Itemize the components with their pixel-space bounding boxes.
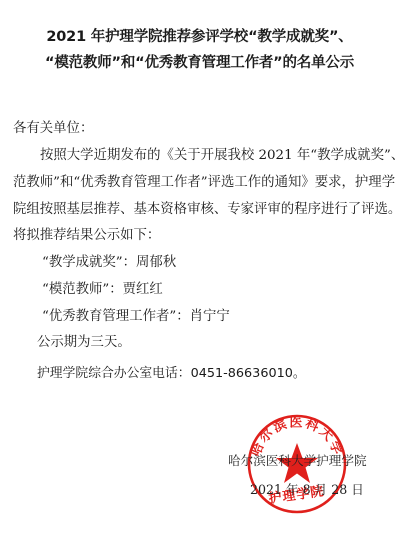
result-edu-manager: “优秀教育管理工作者”：肖宁宁: [42, 309, 230, 325]
result-award-label: “教学成就奖”：: [42, 255, 136, 270]
salutation: 各有关单位：: [13, 121, 93, 137]
result-award-label: “模范教师”：: [42, 282, 123, 297]
result-name: 贾红红: [123, 282, 163, 297]
title-line-2: “模范教师”和“优秀教育管理工作者”的名单公示: [0, 55, 399, 71]
signature-org: 哈尔滨医科大学护理学院: [228, 450, 367, 469]
body-line-4: 将拟推荐结果公示如下：: [13, 228, 160, 244]
contact-phone: 护理学院综合办公室电话：0451-86636010。: [37, 366, 306, 382]
result-name: 肖宁宁: [190, 309, 230, 324]
result-name: 周郁秋: [136, 255, 176, 270]
title-line-1: 2021 年护理学院推荐参评学校“教学成就奖”、: [0, 29, 399, 45]
publicity-period: 公示期为三天。: [37, 335, 131, 351]
result-model-teacher: “模范教师”：贾红红: [42, 282, 163, 298]
body-line-1: 按照大学近期发布的《关于开展我校 2021 年“教学成就奖”、“模: [40, 148, 399, 164]
result-award-label: “优秀教育管理工作者”：: [42, 309, 190, 324]
signature-date: 2021 年 8 月 28 日: [250, 479, 364, 498]
body-line-3: 院组按照基层推荐、基本资格审核、专家评审的程序进行了评选。现: [13, 202, 399, 218]
result-teaching-award: “教学成就奖”：周郁秋: [42, 255, 176, 271]
body-line-2: 范教师”和“优秀教育管理工作者”评选工作的通知》要求，护理学: [13, 175, 395, 191]
